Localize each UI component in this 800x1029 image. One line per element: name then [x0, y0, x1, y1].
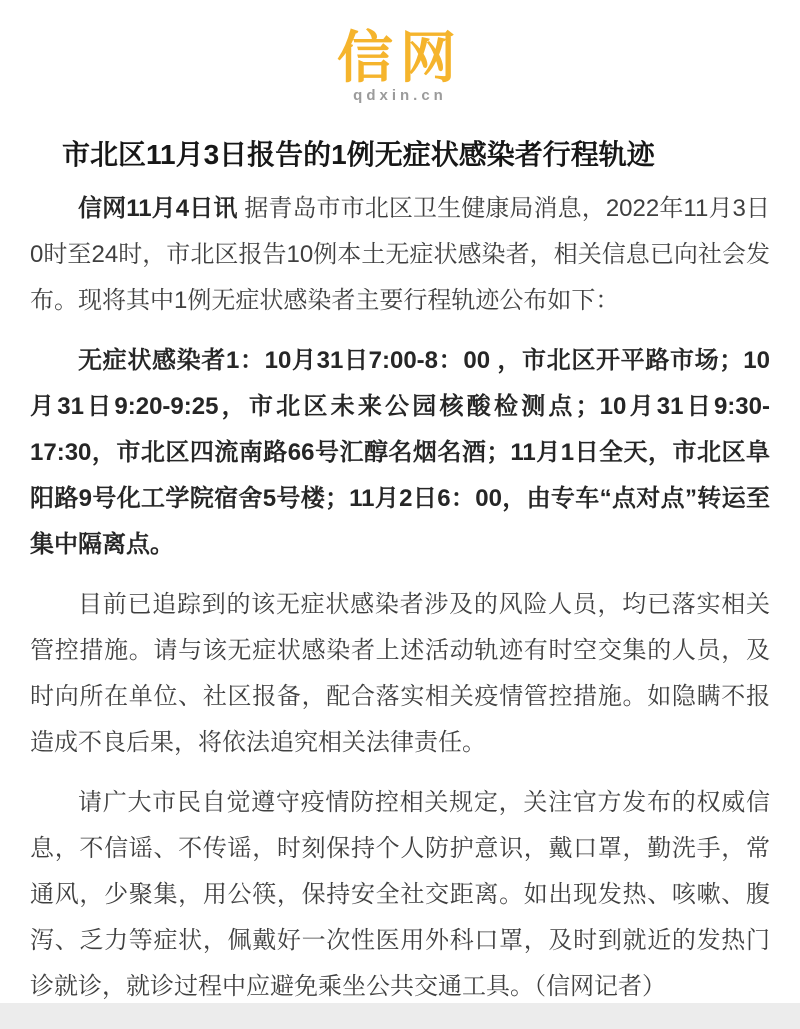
logo-domain-text: qdxin.cn — [337, 87, 463, 104]
article-body: 市北区11月3日报告的1例无症状感染者行程轨迹 信网11月4日讯 据青岛市市北区… — [0, 137, 800, 1010]
site-logo[interactable]: 信网 qdxin.cn — [337, 30, 463, 104]
trajectory-paragraph: 无症状感染者1：10月31日7:00-8：00 ，市北区开平路市场；10月31日… — [30, 338, 770, 568]
article-headline: 市北区11月3日报告的1例无症状感染者行程轨迹 — [30, 137, 770, 172]
bottom-bar — [0, 1003, 800, 1029]
intro-paragraph: 信网11月4日讯 据青岛市市北区卫生健康局消息，2022年11月3日0时至24时… — [30, 186, 770, 324]
logo-wordmark: 信网 — [337, 30, 463, 86]
site-header: 信网 qdxin.cn — [0, 0, 800, 105]
public-advice-paragraph: 请广大市民自觉遵守疫情防控相关规定，关注官方发布的权威信息，不信谣、不传谣，时刻… — [30, 780, 770, 1010]
dateline: 信网11月4日讯 — [78, 195, 237, 222]
article-page: 信网 qdxin.cn 市北区11月3日报告的1例无症状感染者行程轨迹 信网11… — [0, 0, 800, 1029]
control-measures-paragraph: 目前已追踪到的该无症状感染者涉及的风险人员，均已落实相关管控措施。请与该无症状感… — [30, 582, 770, 766]
